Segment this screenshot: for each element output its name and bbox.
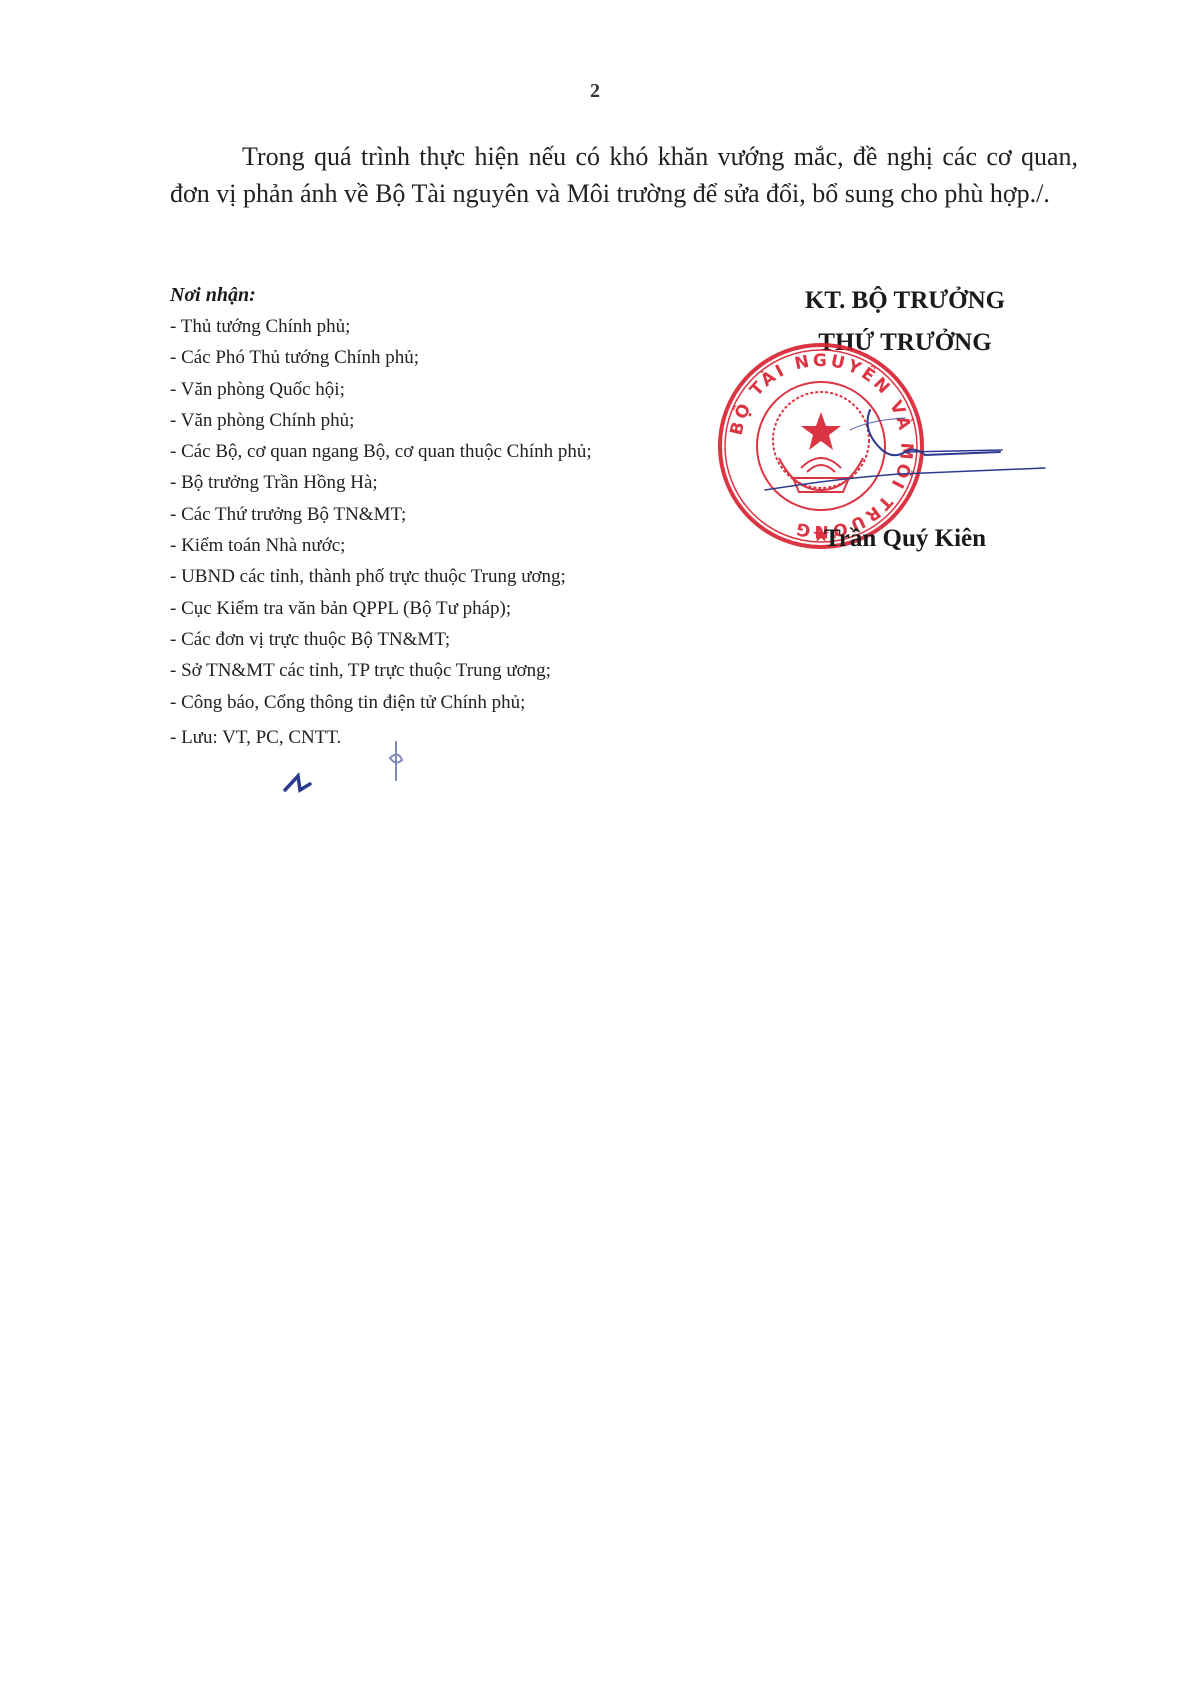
official-seal-icon: BỘ TÀI NGUYÊN VÀ MÔI TRƯỜNG [715,340,927,552]
recipient-item: - Các Phó Thủ tướng Chính phủ; [170,342,690,373]
recipient-item: - Văn phòng Chính phủ; [170,405,690,436]
recipient-item: - Bộ trưởng Trần Hồng Hà; [170,467,690,498]
recipient-item: - Công báo, Cổng thông tin điện tử Chính… [170,687,690,718]
signature-title-line1: KT. BỘ TRƯỞNG [740,280,1070,322]
recipients-block: Nơi nhận: - Thủ tướng Chính phủ; - Các P… [170,280,690,753]
signer-name: Trần Quý Kiên [740,525,1070,553]
recipient-item: - UBND các tỉnh, thành phố trực thuộc Tr… [170,561,690,592]
recipient-item: - Kiểm toán Nhà nước; [170,530,690,561]
recipient-item: - Các Bộ, cơ quan ngang Bộ, cơ quan thuộ… [170,436,690,467]
page-number: 2 [0,80,1190,103]
recipient-item: - Văn phòng Quốc hội; [170,374,690,405]
recipient-item: - Sở TN&MT các tỉnh, TP trực thuộc Trung… [170,655,690,686]
recipients-heading: Nơi nhận: [170,280,690,311]
recipient-item: - Cục Kiểm tra văn bản QPPL (Bộ Tư pháp)… [170,593,690,624]
body-paragraph-block: Trong quá trình thực hiện nếu có khó khă… [170,138,1078,212]
recipient-item: - Thủ tướng Chính phủ; [170,311,690,342]
archive-item: - Lưu: VT, PC, CNTT. [170,722,690,753]
recipient-item: - Các Thứ trưởng Bộ TN&MT; [170,499,690,530]
closing-paragraph: Trong quá trình thực hiện nếu có khó khă… [170,138,1078,212]
recipient-item: - Các đơn vị trực thuộc Bộ TN&MT; [170,624,690,655]
recipients-list: - Thủ tướng Chính phủ; - Các Phó Thủ tướ… [170,311,690,753]
